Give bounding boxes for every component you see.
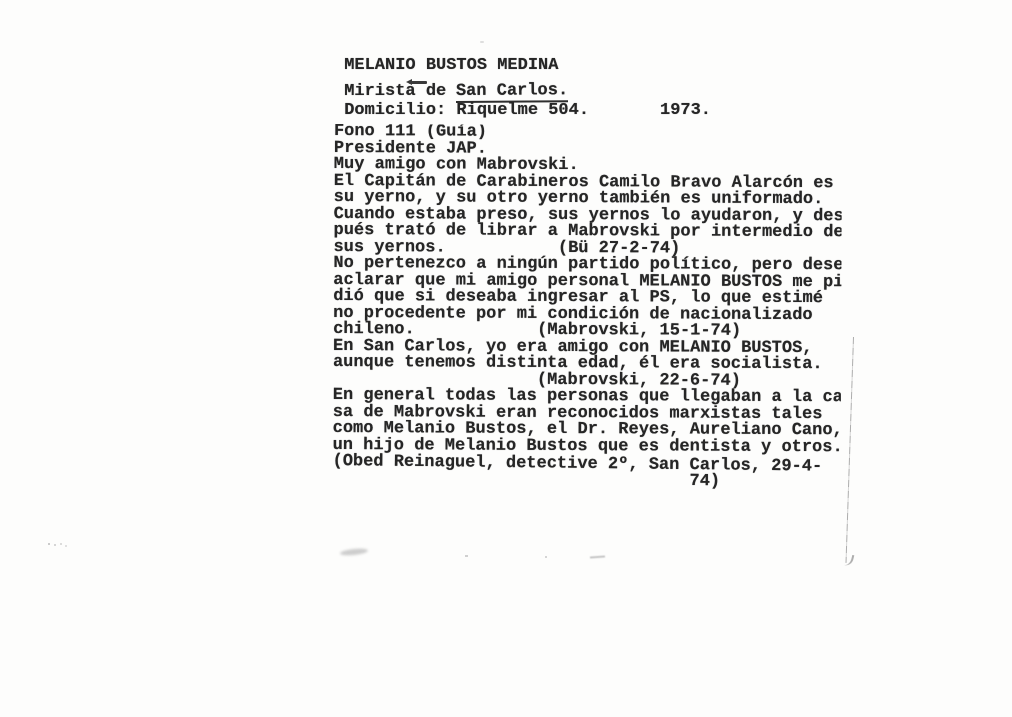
document-title: MELANIO BUSTOS MEDINA — [334, 58, 558, 75]
scan-artifact-dots — [48, 543, 50, 545]
scan-artifact-speck — [545, 556, 547, 558]
scan-artifact-speck — [480, 41, 484, 43]
paper-edge-hook-mark — [842, 553, 855, 567]
scan-artifact-speck — [465, 555, 468, 557]
paper-edge-line — [846, 337, 855, 563]
scanned-document-page: MELANIO BUSTOS MEDINA Mirista de San Car… — [0, 0, 1012, 717]
scan-artifact-dash — [590, 555, 605, 558]
document-header: Mirista de San Carlos. Domicilio: Riquel… — [334, 84, 589, 119]
affiliation-prefix: Mirista de — [334, 82, 456, 101]
address-text: Domicilio: Riquelme 504. — [334, 101, 589, 120]
address-line: Domicilio: Riquelme 504.1973. — [334, 103, 589, 120]
document-text-line: 74) — [332, 472, 840, 491]
scan-artifact-smudge — [340, 548, 368, 557]
document-year: 1973. — [660, 103, 711, 120]
document-body: Fono 111 (Guía)Presidente JAP.Muy amigo … — [332, 124, 842, 497]
